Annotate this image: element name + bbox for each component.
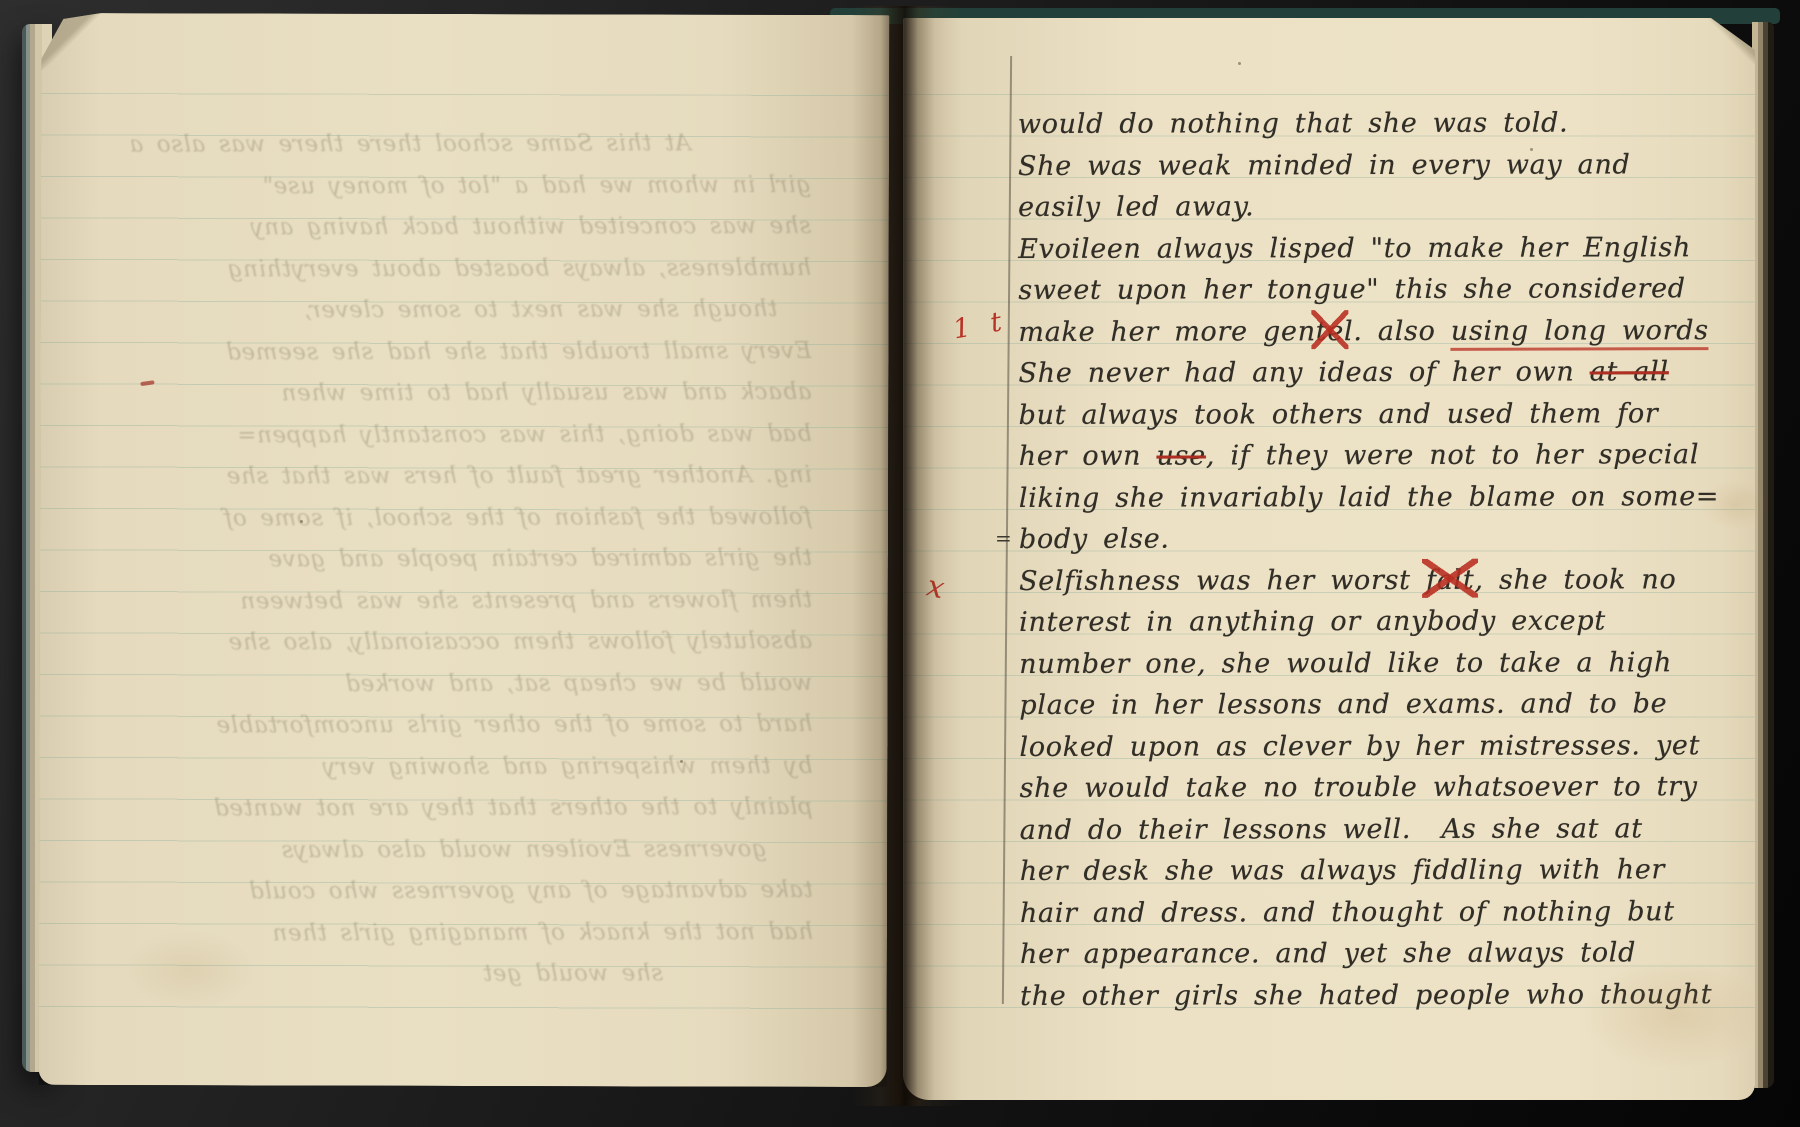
text-segment: body else. [1019,524,1170,555]
handwritten-line: looked upon as clever by her mistresses.… [1019,725,1744,768]
right-page: 1 t = x would do nothing that she was to… [903,18,1755,1100]
red-struck-word: use [1156,440,1205,471]
red-correction-mark: 1 t [951,305,1010,345]
handwritten-line: her own use, if they were not to her spe… [1019,434,1744,477]
showthrough-line: the girls admired certain people and gav… [68,538,812,581]
showthrough-line: ing. Another great fault of hers was tha… [68,455,812,498]
showthrough-line: plainly to the others that they are not … [69,787,813,830]
left-page: At this Same school there there was also… [39,13,890,1087]
handwritten-line: place in her lessons and exams. and to b… [1019,683,1744,726]
text-segment: Evoileen always lisped "to make her Engl… [1018,232,1691,265]
text-segment: the other girls she hated people who tho… [1020,979,1712,1012]
text-segment: l. [1344,316,1378,347]
text-segment: but always took others and used them for [1019,398,1659,431]
handwritten-line: Evoileen always lisped "to make her Engl… [1018,227,1743,270]
showthrough-line: she was conceited without back having an… [67,206,811,249]
showthrough-line: would be we cheap sat, and worked [68,662,812,705]
dust-speck [1530,148,1533,151]
red-struck-word: at all [1590,356,1669,387]
showthrough-line: them flowers and presents she was betwee… [68,579,812,622]
showthrough-line: governess Evoileen would also always [69,828,813,871]
red-x-mark: x [924,569,948,607]
text-segment: and do their lessons well. As she sat at [1020,813,1643,846]
dust-speck [300,520,303,523]
handwritten-line: but always took others and used them for [1019,393,1744,436]
text-segment: liking she invariably laid the blame on … [1019,481,1719,514]
showthrough-line: Every small trouble that she had she see… [67,330,811,373]
handwritten-line: she would take no trouble whatsoever to … [1020,766,1745,809]
handwritten-diary-text: would do nothing that she was told.She w… [1018,102,1745,1017]
showthrough-line: followed the fashion of the school, if s… [68,496,812,539]
text-segment: hair and dress. and thought of nothing b… [1020,896,1675,929]
handwritten-line: number one, she would like to take a hig… [1019,642,1744,685]
text-segment: , she took no [1474,564,1676,596]
text-segment: make her more gen [1018,316,1315,348]
photo-open-notebook: At this Same school there there was also… [0,0,1800,1127]
text-segment: looked upon as clever by her mistresses.… [1019,730,1700,763]
text-segment: sweet upon her tongue" this she consider… [1018,273,1686,306]
dust-speck [680,760,683,763]
showthrough-line: bad was doing, this was constantly happe… [68,413,812,456]
showthrough-line: humbleness, always boasted about everyth… [67,247,811,290]
showthrough-line: hard to some of the other girls uncomfor… [68,704,812,747]
handwritten-line: and do their lessons well. As she sat at [1020,808,1745,851]
text-segment: number one, she would like to take a hig… [1019,647,1672,680]
text-segment: Selfishness was her worst [1019,564,1426,596]
handwritten-line: liking she invariably laid the blame on … [1019,476,1744,519]
text-segment: her own [1019,441,1157,472]
red-underlined-words: using long words [1451,315,1709,351]
continuation-mark: = [995,526,1012,550]
text-segment: She was weak minded in every way and [1018,149,1631,182]
text-segment: place in her lessons and exams. and to b… [1019,688,1667,721]
text-segment: her appearance. and yet she always told [1020,937,1636,970]
folded-corner-top-right [1693,18,1755,66]
showthrough-line: she would get [69,953,813,996]
showthrough-line: by them whispering and showing very [68,745,812,788]
handwritten-line: would do nothing that she was told. [1018,102,1743,145]
handwritten-line: her desk she was always fiddling with he… [1020,849,1745,892]
text-segment: she would take no trouble whatsoever to … [1020,771,1698,804]
handwritten-line: easily led away. [1018,185,1743,228]
dust-speck [1238,62,1241,65]
handwritten-line: make her more gentel. also using long wo… [1018,310,1743,353]
text-segment: easily led away. [1018,191,1254,223]
handwritten-line: body else. [1019,517,1744,560]
text-segment: also [1378,315,1451,346]
handwritten-line: the other girls she hated people who tho… [1020,974,1745,1017]
handwritten-line: her appearance. and yet she always told [1020,932,1745,975]
text-segment: She never had any ideas of her own [1018,356,1589,388]
red-x-crossed-word: te [1316,316,1344,347]
handwritten-line: Selfishness was her worst falt, she took… [1019,559,1744,602]
text-segment: , if they were not to her special [1206,439,1699,471]
handwritten-line: She was weak minded in every way and [1018,144,1743,187]
showthrough-line: aback and was usually had to time when [67,372,811,415]
red-x-crossed-word: falt [1426,564,1474,595]
handwritten-line: hair and dress. and thought of nothing b… [1020,891,1745,934]
handwritten-line: sweet upon her tongue" this she consider… [1018,268,1743,311]
handwritten-line: She never had any ideas of her own at al… [1018,351,1743,394]
showthrough-text-mirrored: At this Same school there there was also… [67,123,813,996]
showthrough-line: take advantage of any governess who coul… [69,870,813,913]
showthrough-line: absolutely follows them occasionally, al… [68,621,812,664]
showthrough-line: though she was next to some clever, [67,289,811,332]
page-stack-edge-right [1752,22,1774,1088]
showthrough-line: had not the knack of managing girls then [69,911,813,954]
showthrough-line: At this Same school there there was also… [67,123,811,166]
handwritten-line: interest in anything or anybody except [1019,600,1744,643]
text-segment: would do nothing that she was told. [1018,108,1569,140]
showthrough-line: girl in whom we had a "lot of money use" [67,164,811,207]
folded-corner-top-left [41,13,115,71]
text-segment: interest in anything or anybody except [1019,605,1606,638]
text-segment: her desk she was always fiddling with he… [1020,854,1665,887]
